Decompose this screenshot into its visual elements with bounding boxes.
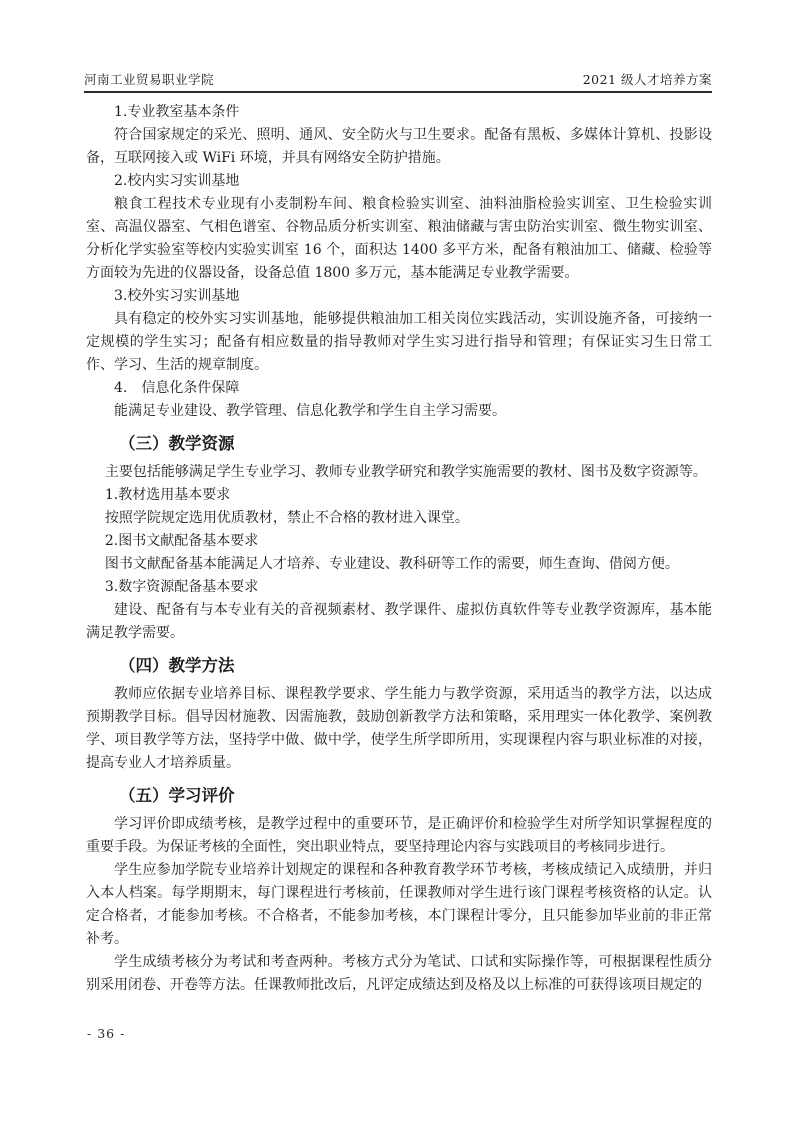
numbered-item: 3.校外实习实训基地 (86, 285, 712, 308)
numbered-item: 4. 信息化条件保障 (86, 377, 712, 400)
paragraph: 粮食工程技术专业现有小麦制粉车间、粮食检验实训室、油料油脂检验实训室、卫生检验实… (86, 193, 712, 285)
paragraph: 主要包括能够满足学生专业学习、教师专业教学研究和教学实施需要的教材、图书及数字资… (86, 461, 712, 484)
paragraph: 教师应依据专业培养目标、课程教学要求、学生能力与教学资源，采用适当的教学方法，以… (86, 683, 712, 775)
document-body: 1.专业教室基本条件符合国家规定的采光、照明、通风、安全防火与卫生要求。配备有黑… (86, 101, 712, 997)
paragraph: 符合国家规定的采光、照明、通风、安全防火与卫生要求。配备有黑板、多媒体计算机、投… (86, 124, 712, 170)
section-heading: （五）学习评价 (86, 784, 712, 808)
section-heading: （三）教学资源 (86, 432, 712, 456)
numbered-item: 1.教材选用基本要求 (86, 484, 712, 507)
numbered-item: 3.数字资源配备基本要求 (86, 576, 712, 599)
page-number: - 36 - (87, 1026, 125, 1041)
paragraph: 具有稳定的校外实习实训基地，能够提供粮油加工相关岗位实践活动，实训设施齐备，可接… (86, 308, 712, 377)
section-heading: （四）教学方法 (86, 654, 712, 678)
numbered-item: 2.图书文献配备基本要求 (86, 530, 712, 553)
paragraph: 学习评价即成绩考核，是教学过程中的重要环节，是正确评价和检验学生对所学知识掌握程… (86, 813, 712, 859)
paragraph: 学生成绩考核分为考试和考查两种。考核方式分为笔试、口试和实际操作等，可根据课程性… (86, 951, 712, 997)
numbered-item: 1.专业教室基本条件 (86, 101, 712, 124)
page-header: 河南工业贸易职业学院 2021 级人才培养方案 (84, 72, 712, 93)
numbered-item: 2.校内实习实训基地 (86, 170, 712, 193)
paragraph: 能满足专业建设、教学管理、信息化教学和学生自主学习需要。 (86, 400, 712, 423)
header-program-title: 2021 级人才培养方案 (583, 72, 712, 88)
document-page: 河南工业贸易职业学院 2021 级人才培养方案 1.专业教室基本条件符合国家规定… (0, 0, 793, 1122)
paragraph: 图书文献配备基本能满足人才培养、专业建设、教科研等工作的需要，师生查询、借阅方便… (86, 553, 712, 576)
header-school-name: 河南工业贸易职业学院 (84, 72, 214, 88)
paragraph: 建设、配备有与本专业有关的音视频素材、教学课件、虚拟仿真软件等专业教学资源库，基… (86, 599, 712, 645)
paragraph: 学生应参加学院专业培养计划规定的课程和各种教育教学环节考核，考核成绩记入成绩册，… (86, 859, 712, 951)
paragraph: 按照学院规定选用优质教材，禁止不合格的教材进入课堂。 (86, 507, 712, 530)
